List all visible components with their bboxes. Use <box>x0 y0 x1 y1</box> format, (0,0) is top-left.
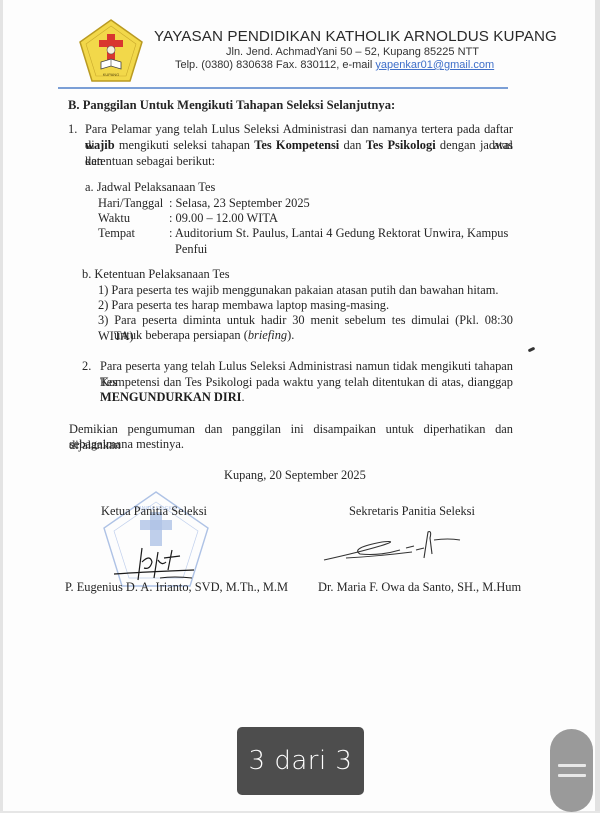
place-date: Kupang, 20 September 2025 <box>224 467 366 483</box>
schedule-value-place-cont: Penfui <box>175 241 207 257</box>
item-2-number: 2. <box>82 358 91 374</box>
svg-text:KUPANG: KUPANG <box>103 72 120 77</box>
schedule-title: a. Jadwal Pelaksanaan Tes <box>85 179 215 195</box>
item-2-line-3: MENGUNDURKAN DIRI. <box>100 389 245 405</box>
page-indicator: 3 dari 3 <box>237 727 364 795</box>
schedule-label-time: Waktu <box>98 210 130 226</box>
schedule-label-date: Hari/Tanggal <box>98 195 163 211</box>
organization-address: Jln. Jend. AchmadYani 50 – 52, Kupang 85… <box>226 46 479 58</box>
handle-line-bottom <box>558 774 586 777</box>
left-signer-name: P. Eugenius D. A. Irianto, SVD, M.Th., M… <box>65 579 288 595</box>
yapenkar-logo-icon: KUPANG <box>78 18 144 84</box>
organization-contact: Telp. (0380) 830638 Fax. 830112, e-mail … <box>175 59 494 71</box>
right-signer-title: Sekretaris Panitia Seleksi <box>349 503 475 519</box>
item-1-line-3: ketentuan sebagai berikut: <box>85 153 215 169</box>
handle-line-top <box>558 764 586 767</box>
item-1-number: 1. <box>68 121 77 137</box>
rule-1: 1) Para peserta tes wajib menggunakan pa… <box>98 282 499 298</box>
right-signature-icon <box>320 528 470 568</box>
phone-fax: Telp. (0380) 830638 Fax. 830112, e-mail <box>175 59 375 71</box>
rules-title: b. Ketentuan Pelaksanaan Tes <box>82 266 230 282</box>
organization-name: YAYASAN PENDIDIKAN KATHOLIK ARNOLDUS KUP… <box>154 28 524 45</box>
schedule-value-date: : Selasa, 23 September 2025 <box>169 195 310 211</box>
email-link[interactable]: yapenkar01@gmail.com <box>375 59 494 71</box>
closing-line-2: sebagaimana mestinya. <box>69 436 184 452</box>
rule-2: 2) Para peserta tes harap membawa laptop… <box>98 297 389 313</box>
rule-3-cont: untuk beberapa persiapan (briefing). <box>114 327 294 343</box>
letterhead-rule <box>58 87 508 89</box>
left-signer-title: Ketua Panitia Seleksi <box>101 503 207 519</box>
drag-handle-icon[interactable] <box>550 729 593 812</box>
item-2-line-2: Kompetensi dan Tes Psikologi pada waktu … <box>100 374 513 390</box>
schedule-label-place: Tempat <box>98 225 135 241</box>
viewer-scrollbar-track[interactable] <box>595 0 600 813</box>
schedule-value-time: : 09.00 – 12.00 WITA <box>169 210 278 226</box>
section-heading: B. Panggilan Untuk Mengikuti Tahapan Sel… <box>68 97 395 113</box>
right-signer-name: Dr. Maria F. Owa da Santo, SH., M.Hum <box>318 579 521 595</box>
schedule-value-place: : Auditorium St. Paulus, Lantai 4 Gedung… <box>169 225 508 241</box>
